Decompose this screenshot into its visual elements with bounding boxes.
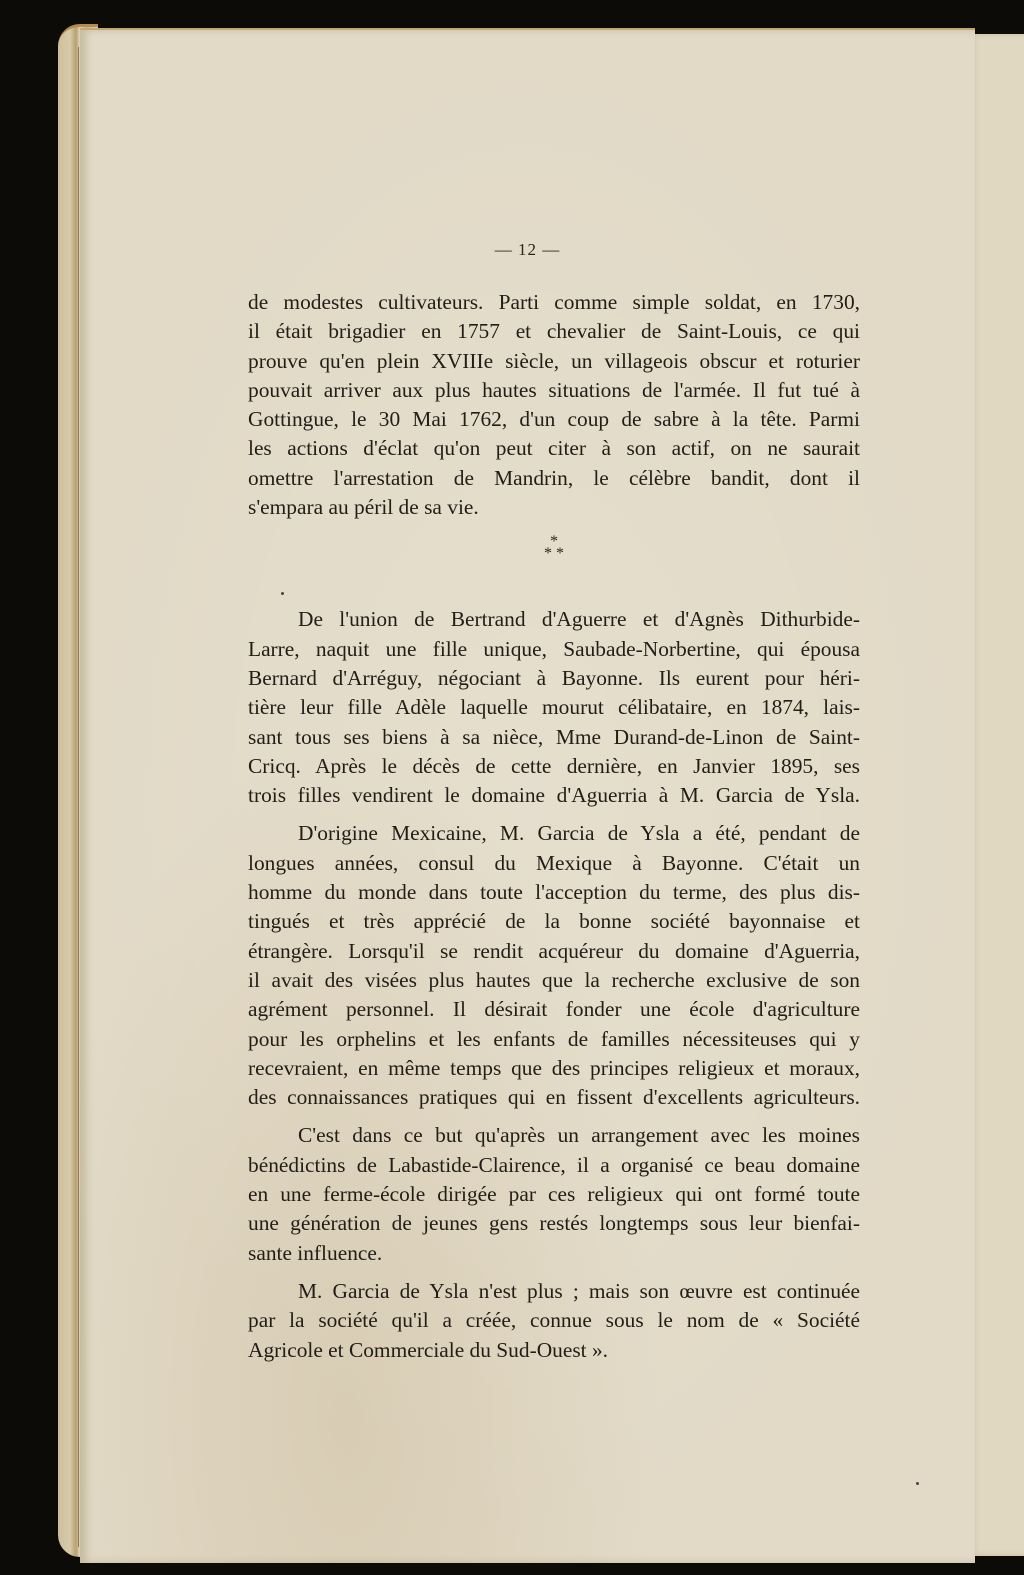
scanned-page: — 12 — de modestes cultivateurs. Parti c… bbox=[80, 28, 975, 1563]
text-line: Cricq. Après le décès de cette dernière,… bbox=[248, 752, 860, 781]
text-line: pouvait arriver aux plus hautes situatio… bbox=[248, 376, 860, 405]
text-line: tière leur fille Adèle laquelle mourut c… bbox=[248, 693, 860, 722]
paper-speck bbox=[916, 1482, 919, 1485]
text-line: Bernard d'Arréguy, négociant à Bayonne. … bbox=[248, 664, 860, 693]
text-line: prouve qu'en plein XVIIIe siècle, un vil… bbox=[248, 347, 860, 376]
body-text: de modestes cultivateurs. Parti comme si… bbox=[248, 288, 860, 1365]
paragraph-3: D'origine Mexicaine, M. Garcia de Ysla a… bbox=[248, 819, 860, 1112]
asterism-bottom: * * bbox=[248, 548, 860, 560]
text-line: homme du monde dans toute l'acception du… bbox=[248, 878, 860, 907]
paragraph-4: C'est dans ce but qu'après un arrangemen… bbox=[248, 1121, 860, 1267]
section-break-asterism: * * * bbox=[248, 536, 860, 578]
paper-speck bbox=[281, 592, 284, 595]
text-line: Gottingue, le 30 Mai 1762, d'un coup de … bbox=[248, 405, 860, 434]
page-number: — 12 — bbox=[80, 240, 975, 260]
text-line: Larre, naquit une fille unique, Saubade-… bbox=[248, 635, 860, 664]
text-line: tingués et très apprécié de la bonne soc… bbox=[248, 907, 860, 936]
adjacent-page-edge bbox=[968, 34, 1024, 1556]
text-line: agrément personnel. Il désirait fonder u… bbox=[248, 995, 860, 1024]
text-line: s'empara au péril de sa vie. bbox=[248, 493, 860, 522]
text-line: recevraient, en même temps que des princ… bbox=[248, 1054, 860, 1083]
text-line: De l'union de Bertrand d'Aguerre et d'Ag… bbox=[248, 605, 860, 634]
text-line: D'origine Mexicaine, M. Garcia de Ysla a… bbox=[248, 819, 860, 848]
paragraph-1: de modestes cultivateurs. Parti comme si… bbox=[248, 288, 860, 522]
text-line: omettre l'arrestation de Mandrin, le cél… bbox=[248, 464, 860, 493]
text-line: sante influence. bbox=[248, 1239, 860, 1268]
text-line: des connaissances pratiques qui en fisse… bbox=[248, 1083, 860, 1112]
text-line: Agricole et Commerciale du Sud-Ouest ». bbox=[248, 1336, 860, 1365]
text-line: par la société qu'il a créée, connue sou… bbox=[248, 1306, 860, 1335]
text-line: une génération de jeunes gens restés lon… bbox=[248, 1209, 860, 1238]
text-line: les actions d'éclat qu'on peut citer à s… bbox=[248, 434, 860, 463]
text-line: en une ferme-école dirigée par ces relig… bbox=[248, 1180, 860, 1209]
text-line: M. Garcia de Ysla n'est plus ; mais son … bbox=[248, 1277, 860, 1306]
text-line: de modestes cultivateurs. Parti comme si… bbox=[248, 288, 860, 317]
paragraph-5: M. Garcia de Ysla n'est plus ; mais son … bbox=[248, 1277, 860, 1365]
text-line: sant tous ses biens à sa nièce, Mme Dura… bbox=[248, 723, 860, 752]
text-line: trois filles vendirent le domaine d'Ague… bbox=[248, 781, 860, 810]
text-line: étrangère. Lorsqu'il se rendit acquéreur… bbox=[248, 937, 860, 966]
text-line: C'est dans ce but qu'après un arrangemen… bbox=[248, 1121, 860, 1150]
text-line: bénédictins de Labastide-Clairence, il a… bbox=[248, 1151, 860, 1180]
text-line: il était brigadier en 1757 et chevalier … bbox=[248, 317, 860, 346]
text-line: longues années, consul du Mexique à Bayo… bbox=[248, 849, 860, 878]
text-line: il avait des visées plus hautes que la r… bbox=[248, 966, 860, 995]
paragraph-2: De l'union de Bertrand d'Aguerre et d'Ag… bbox=[248, 605, 860, 810]
text-line: pour les orphelins et les enfants de fam… bbox=[248, 1025, 860, 1054]
